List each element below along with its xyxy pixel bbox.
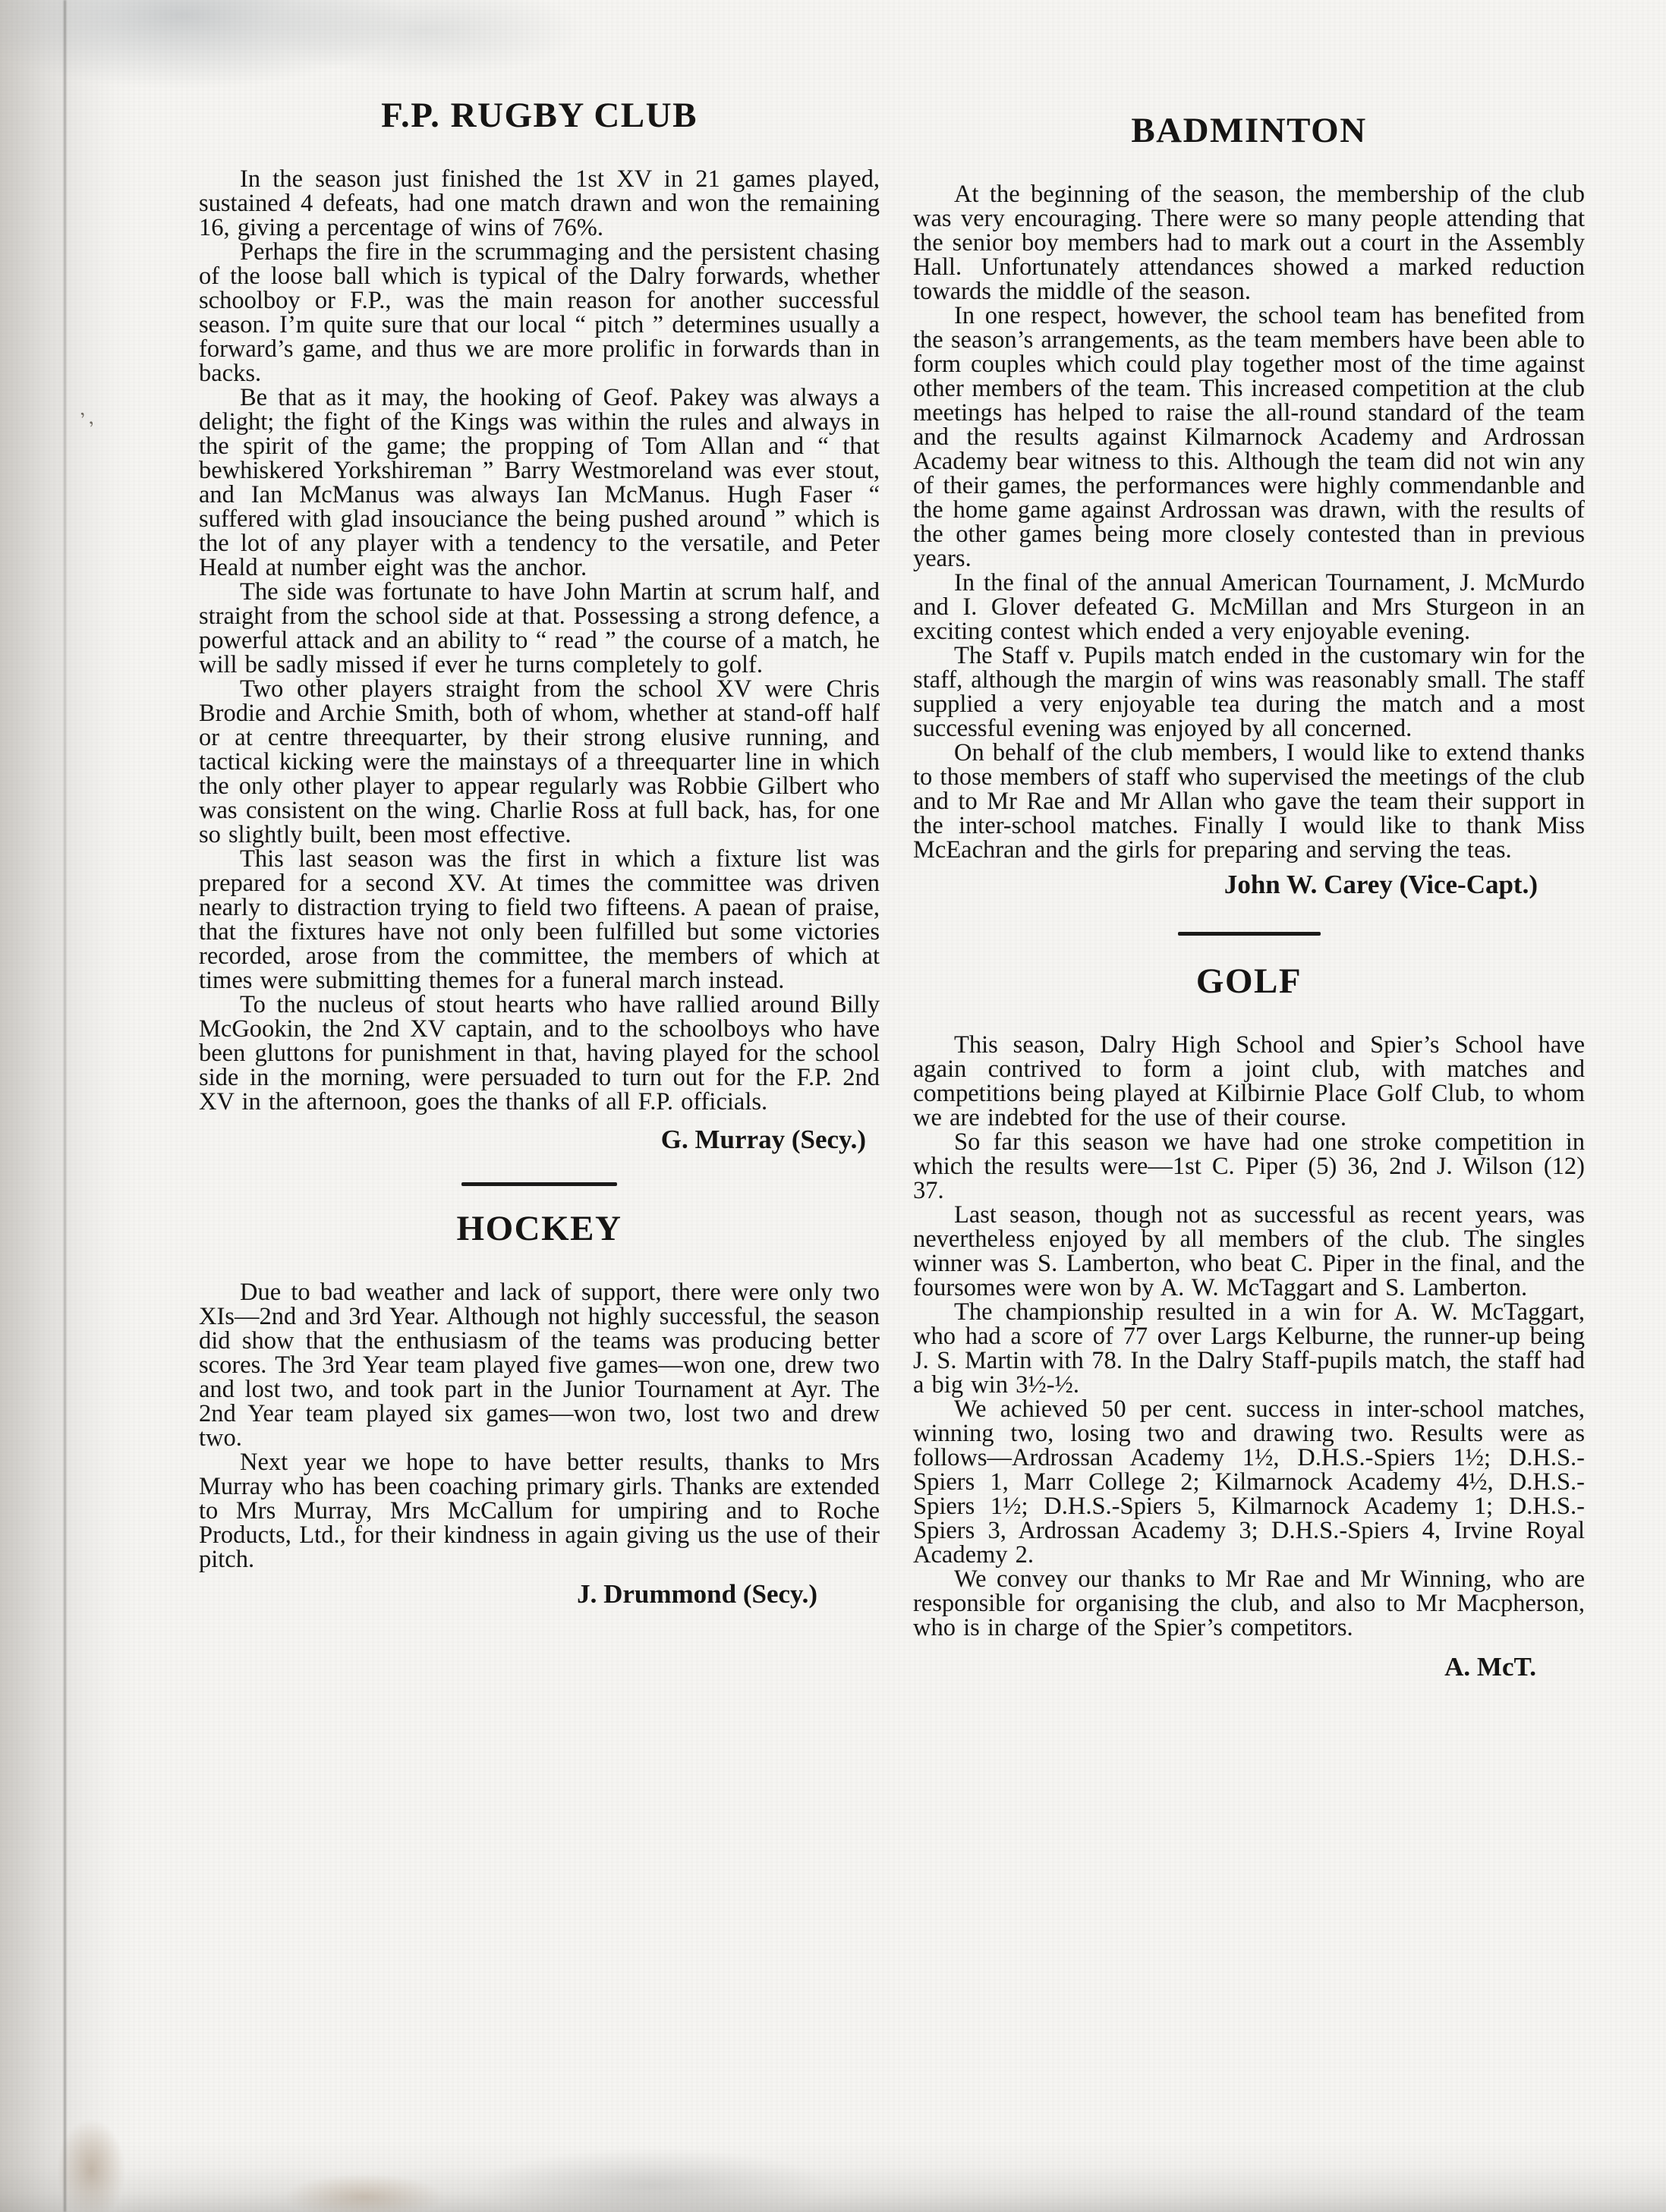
magazine-scan-page: ’, F.P. RUGBY CLUB In the season just fi… [0,0,1666,2212]
rugby-paragraph: This last season was the first in which … [199,847,880,993]
section-heading-rugby: F.P. RUGBY CLUB [199,96,880,135]
rugby-paragraph: Be that as it may, the hooking of Geof. … [199,385,880,580]
signature-rugby: G. Murray (Secy.) [199,1125,880,1155]
golf-paragraph: We convey our thanks to Mr Rae and Mr Wi… [913,1567,1585,1640]
section-heading-badminton: BADMINTON [913,111,1585,150]
rugby-paragraph: Perhaps the fire in the scrummaging and … [199,240,880,385]
golf-paragraph: So far this season we have had one strok… [913,1130,1585,1203]
section-divider [1178,932,1321,936]
signature-badminton: John W. Carey (Vice-Capt.) [913,870,1585,900]
hockey-paragraph: Due to bad weather and lack of support, … [199,1280,880,1450]
badminton-paragraph: In the final of the annual American Tour… [913,571,1585,643]
badminton-paragraph: On behalf of the club members, I would l… [913,741,1585,862]
golf-paragraph: Last season, though not as successful as… [913,1203,1585,1300]
golf-paragraph: The championship resulted in a win for A… [913,1300,1585,1397]
hockey-paragraph: Next year we hope to have better results… [199,1450,880,1572]
badminton-paragraph: At the beginning of the season, the memb… [913,182,1585,304]
rugby-paragraph: To the nucleus of stout hearts who have … [199,993,880,1114]
golf-paragraph: We achieved 50 per cent. success in inte… [913,1397,1585,1567]
signature-hockey: J. Drummond (Secy.) [199,1579,880,1609]
golf-paragraph: This season, Dalry High School and Spier… [913,1033,1585,1130]
signature-golf: A. McT. [913,1652,1585,1682]
rugby-paragraph: Two other players straight from the scho… [199,677,880,847]
section-heading-golf: GOLF [913,961,1585,1001]
badminton-paragraph: The Staff v. Pupils match ended in the c… [913,643,1585,741]
fold-crease [64,0,66,2212]
section-heading-hockey: HOCKEY [199,1209,880,1248]
right-column: BADMINTON At the beginning of the season… [913,0,1585,1682]
left-column: F.P. RUGBY CLUB In the season just finis… [199,0,880,1609]
page-binding-edge [0,0,11,2212]
rugby-paragraph: In the season just finished the 1st XV i… [199,167,880,240]
badminton-paragraph: In one respect, however, the school team… [913,304,1585,571]
section-divider [461,1182,617,1186]
stray-pen-mark: ’, [79,407,102,427]
rugby-paragraph: The side was fortunate to have John Mart… [199,580,880,677]
